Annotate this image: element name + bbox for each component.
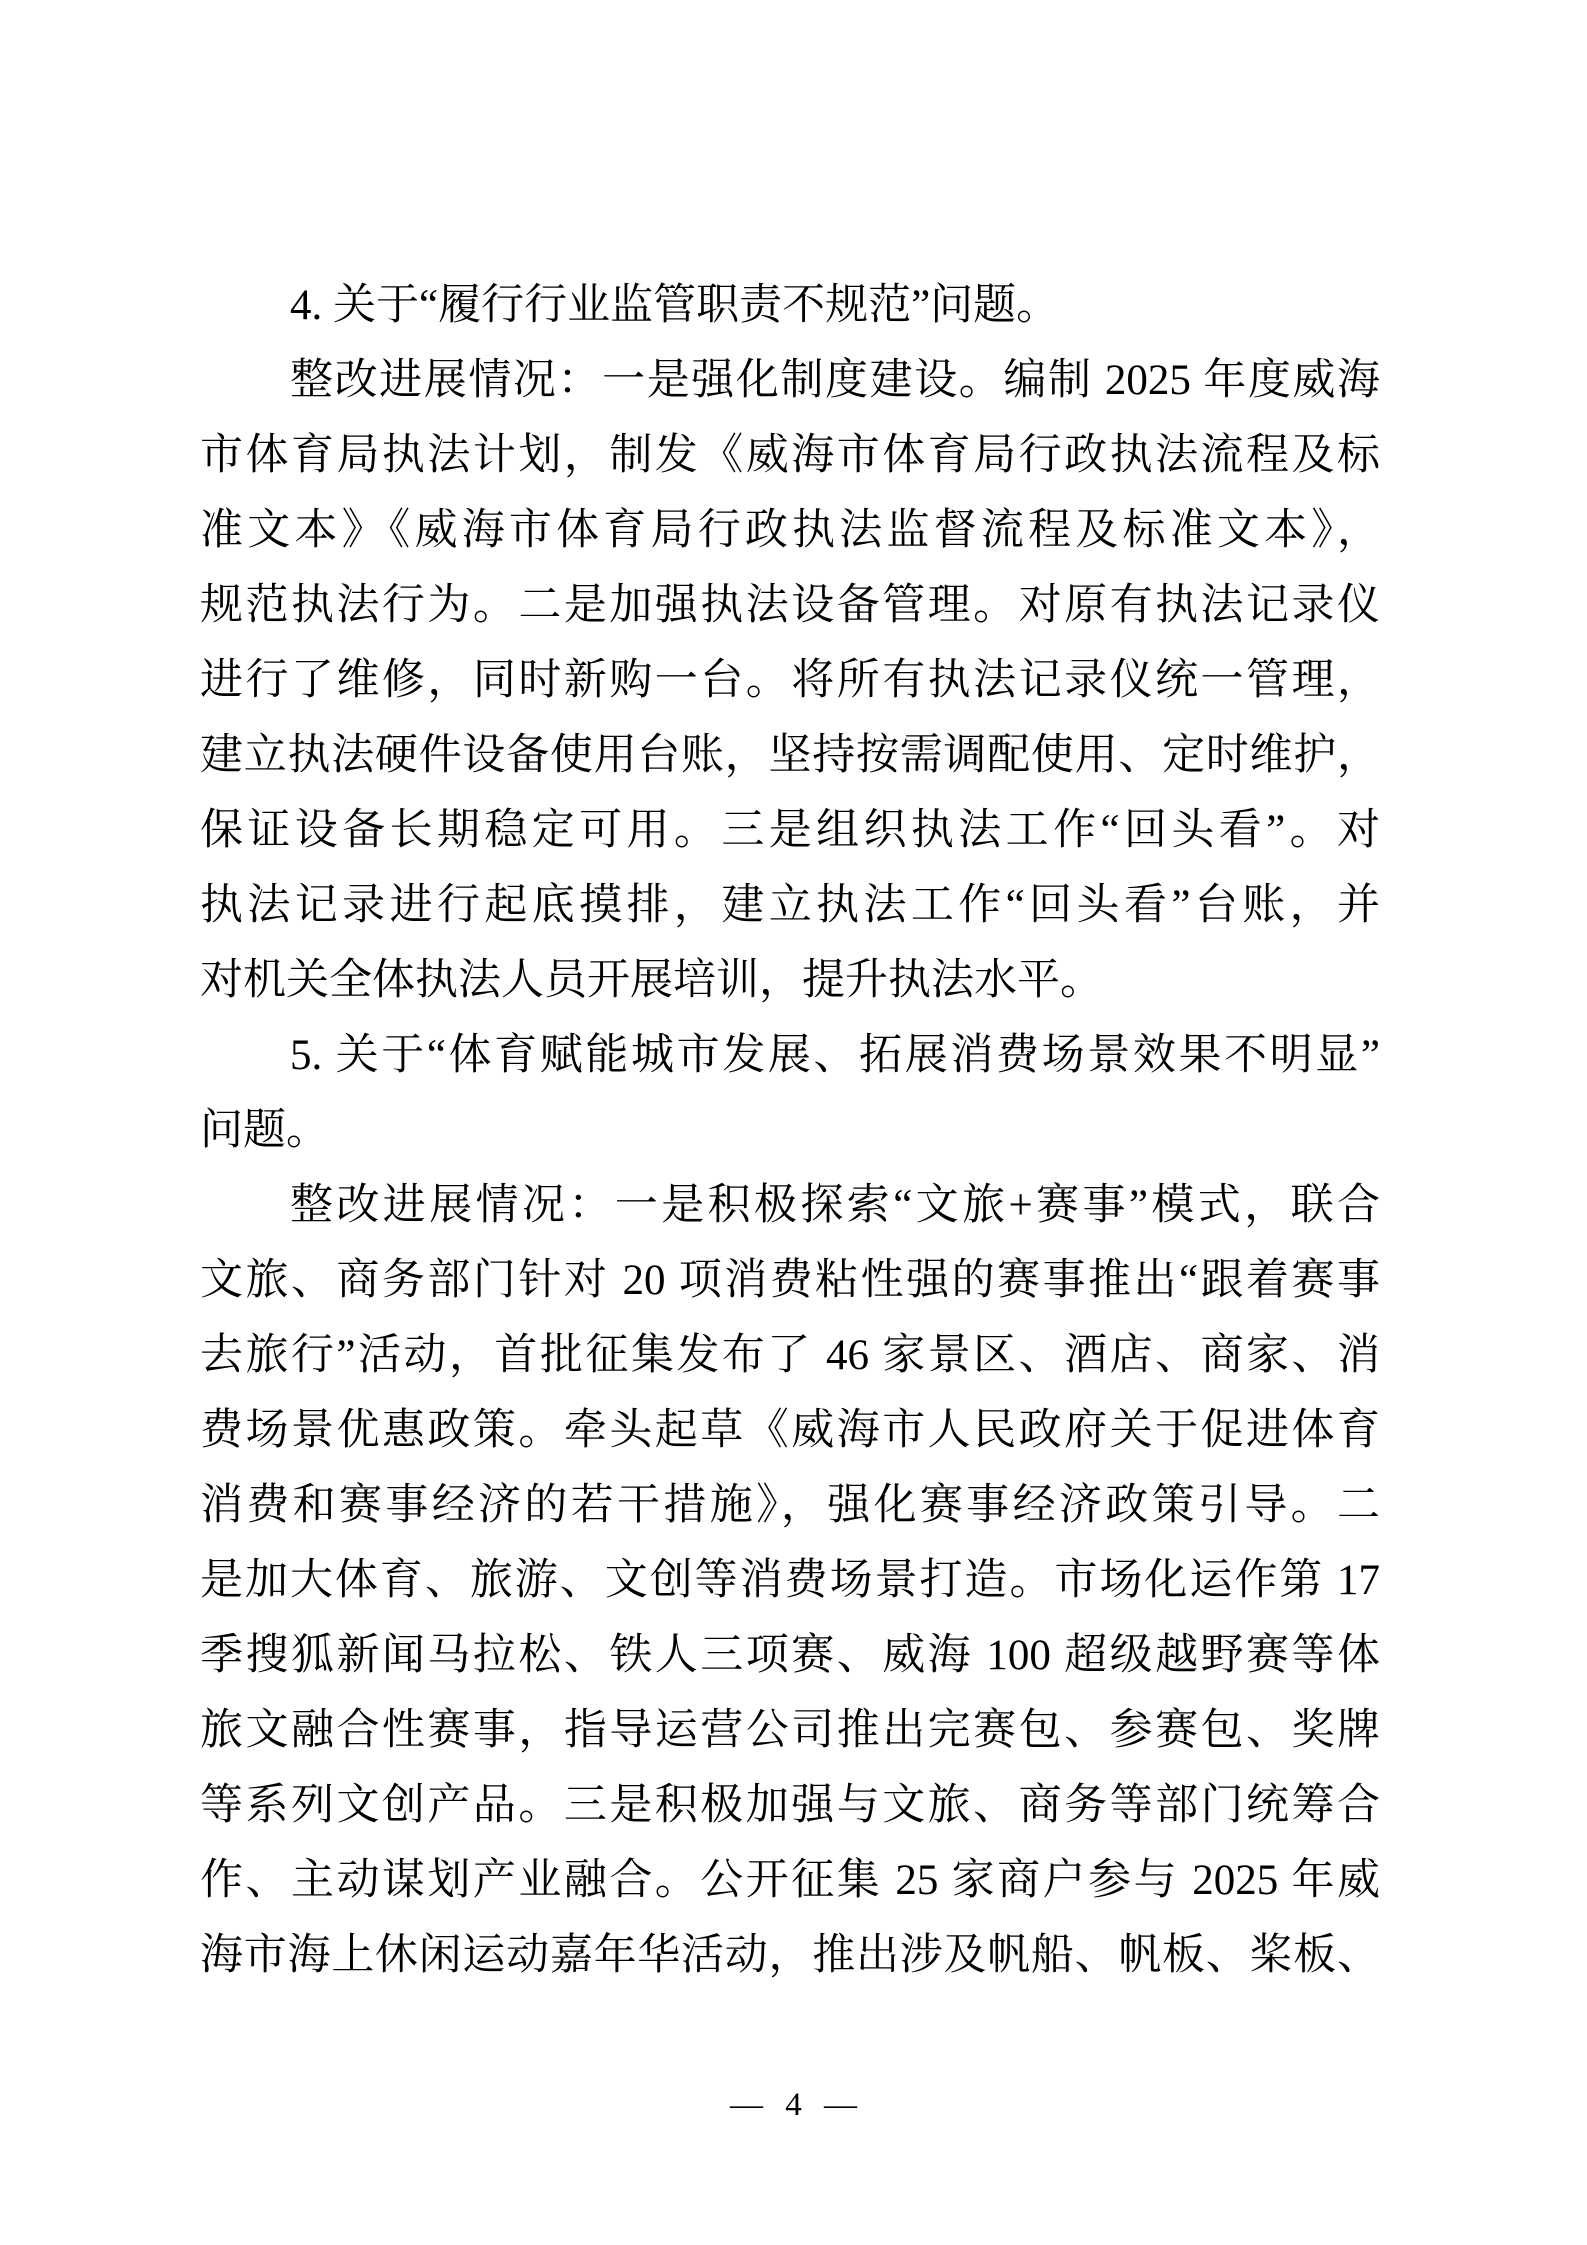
text-line: 准文本》《威海市体育局行政执法监督流程及标准文本》， [200, 493, 1380, 568]
text-line: 作、主动谋划产业融合。公开征集 25 家商户参与 2025 年威 [200, 1843, 1380, 1918]
text-line: 费场景优惠政策。牵头起草《威海市人民政府关于促进体育 [200, 1393, 1380, 1468]
text-line: 季搜狐新闻马拉松、铁人三项赛、威海 100 超级越野赛等体 [200, 1618, 1380, 1693]
text-line: 建立执法硬件设备使用台账，坚持按需调配使用、定时维护， [200, 718, 1380, 793]
text-line: 文旅、商务部门针对 20 项消费粘性强的赛事推出“跟着赛事 [200, 1243, 1380, 1318]
text-line: 旅文融合性赛事，指导运营公司推出完赛包、参赛包、奖牌 [200, 1693, 1380, 1768]
text-line: 进行了维修，同时新购一台。将所有执法记录仪统一管理， [200, 643, 1380, 718]
text-line: 整改进展情况：一是积极探索“文旅+赛事”模式，联合 [200, 1168, 1380, 1243]
text-line: 消费和赛事经济的若干措施》，强化赛事经济政策引导。二 [200, 1468, 1380, 1543]
text-line: 5. 关于“体育赋能城市发展、拓展消费场景效果不明显” [200, 1018, 1380, 1093]
text-line: 等系列文创产品。三是积极加强与文旅、商务等部门统筹合 [200, 1768, 1380, 1843]
text-line: 市体育局执法计划，制发《威海市体育局行政执法流程及标 [200, 418, 1380, 493]
page-number: — 4 — [0, 2083, 1587, 2128]
document-body: 4. 关于“履行行业监管职责不规范”问题。 整改进展情况：一是强化制度建设。编制… [200, 268, 1380, 1993]
text-line: 问题。 [200, 1093, 1380, 1168]
text-line: 整改进展情况：一是强化制度建设。编制 2025 年度威海 [200, 343, 1380, 418]
text-line: 规范执法行为。二是加强执法设备管理。对原有执法记录仪 [200, 568, 1380, 643]
document-page: 4. 关于“履行行业监管职责不规范”问题。 整改进展情况：一是强化制度建设。编制… [0, 0, 1587, 2245]
text-line: 执法记录进行起底摸排，建立执法工作“回头看”台账，并 [200, 868, 1380, 943]
text-line: 4. 关于“履行行业监管职责不规范”问题。 [200, 268, 1380, 343]
text-line: 对机关全体执法人员开展培训，提升执法水平。 [200, 943, 1380, 1018]
text-line: 保证设备长期稳定可用。三是组织执法工作“回头看”。对 [200, 793, 1380, 868]
text-line: 海市海上休闲运动嘉年华活动，推出涉及帆船、帆板、桨板、 [200, 1918, 1380, 1993]
text-line: 是加大体育、旅游、文创等消费场景打造。市场化运作第 17 [200, 1543, 1380, 1618]
text-line: 去旅行”活动，首批征集发布了 46 家景区、酒店、商家、消 [200, 1318, 1380, 1393]
